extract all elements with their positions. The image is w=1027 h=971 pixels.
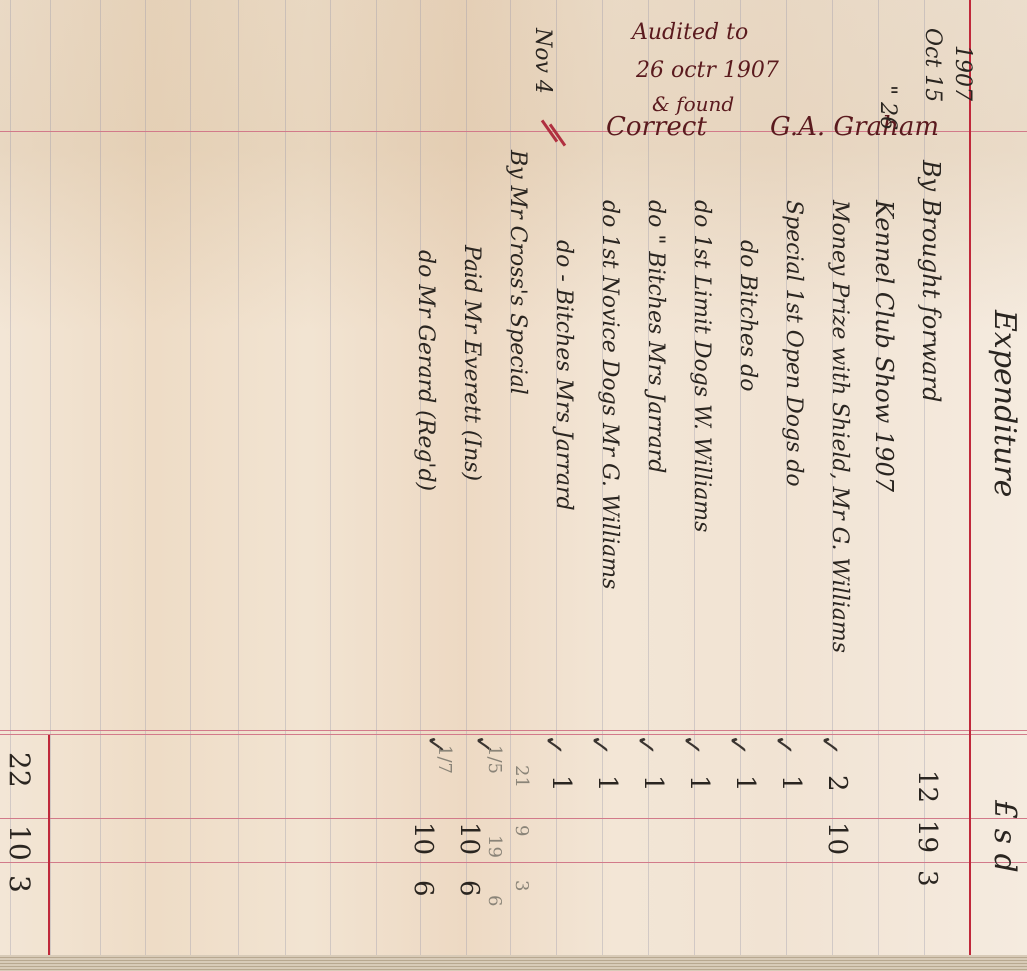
pencil-margin-note: 1/7	[434, 745, 455, 774]
rule-line	[190, 0, 191, 971]
entry-description: Kennel Club Show 1907	[870, 200, 898, 492]
amount-pence: 6	[454, 880, 484, 897]
ledger-page: Expenditure £ s d 1907 Audited to 26 oct…	[0, 0, 1027, 971]
amount-pounds: 1	[546, 775, 576, 792]
margin-rule-right	[969, 0, 971, 960]
pence-column-rule	[0, 862, 1027, 863]
rule-line	[238, 0, 239, 971]
audit-signature: G.A. Graham	[770, 112, 939, 142]
total-column-rule	[48, 735, 50, 960]
date-oct-15: Oct 15	[920, 28, 945, 102]
heading-expenditure: Expenditure	[987, 310, 1022, 497]
check-mark-icon: ✓	[630, 734, 660, 756]
entry-description: do Bitches do	[735, 240, 760, 392]
amount-pounds: 1	[684, 775, 714, 792]
entry-description: Special 1st Open Dogs do	[781, 200, 806, 487]
entry-description: do " Bitches Mrs Jarrard	[643, 200, 668, 473]
audit-line-4: Correct	[606, 112, 707, 142]
amount-shillings: 10	[408, 822, 438, 855]
total-shillings: 10	[3, 825, 36, 861]
amount-column-rule	[0, 730, 1027, 731]
entry-description: By Brought forward	[917, 160, 945, 402]
amount-pounds: 1	[776, 775, 806, 792]
pencil-subtotal-shillings: 9	[511, 825, 532, 836]
pencil-subtotal-pence: 3	[511, 880, 532, 891]
rule-line	[376, 0, 377, 971]
check-mark-icon: ✓	[584, 734, 614, 756]
check-mark-icon: ✓	[676, 734, 706, 756]
total-pence: 3	[3, 875, 36, 893]
year-label: 1907	[950, 45, 975, 101]
rule-line	[145, 0, 146, 971]
check-mark-icon: ✓	[538, 734, 568, 756]
audit-line-2: 26 octr 1907	[636, 58, 779, 83]
rule-line	[100, 0, 101, 971]
column-label: £ s d	[987, 800, 1022, 873]
rule-line	[740, 0, 741, 971]
amount-pounds: 12	[912, 770, 942, 803]
shillings-column-rule	[0, 818, 1027, 819]
amount-column-rule-double	[0, 734, 1027, 735]
date-26: " 26	[875, 85, 900, 130]
amount-pence: 3	[912, 870, 942, 887]
amount-shillings: 10	[822, 822, 852, 855]
amount-shillings: 10	[454, 822, 484, 855]
rule-line	[330, 0, 331, 971]
entry-description: do Mr Gerard (Reg'd)	[413, 250, 438, 491]
entry-description: do 1st Novice Dogs Mr G. Williams	[597, 200, 622, 589]
entry-description: do 1st Limit Dogs W. Williams	[689, 200, 714, 532]
rule-line	[648, 0, 649, 971]
entry-description: By Mr Cross's Special	[505, 150, 530, 395]
date-nov-4: Nov 4	[530, 28, 555, 94]
pencil-subtotal-pounds: 21	[511, 765, 532, 788]
check-mark-icon: ✓	[722, 734, 752, 756]
check-mark-icon: ✓	[768, 734, 798, 756]
page-edge	[0, 955, 1027, 971]
amount-pounds: 1	[638, 775, 668, 792]
rule-line	[285, 0, 286, 971]
amount-pence: 6	[408, 880, 438, 897]
total-pounds: 22	[3, 752, 36, 788]
pencil-margin-note: 1/5	[484, 745, 505, 774]
entry-description: Money Prize with Shield, Mr G. Williams	[827, 200, 852, 653]
rule-line	[50, 0, 51, 971]
amount-shillings: 19	[912, 820, 942, 853]
entry-description: Paid Mr Everett (Ins)	[459, 245, 484, 481]
amount-pounds: 1	[730, 775, 760, 792]
amount-pounds: 2	[822, 775, 852, 792]
pencil-shillings-note: 19	[484, 835, 505, 858]
audit-line-1: Audited to	[632, 20, 748, 45]
entry-description: do - Bitches Mrs Jarrard	[551, 240, 576, 511]
check-mark-icon: ✓	[814, 734, 844, 756]
pencil-pence-note: 6	[484, 895, 505, 906]
amount-pounds: 1	[592, 775, 622, 792]
